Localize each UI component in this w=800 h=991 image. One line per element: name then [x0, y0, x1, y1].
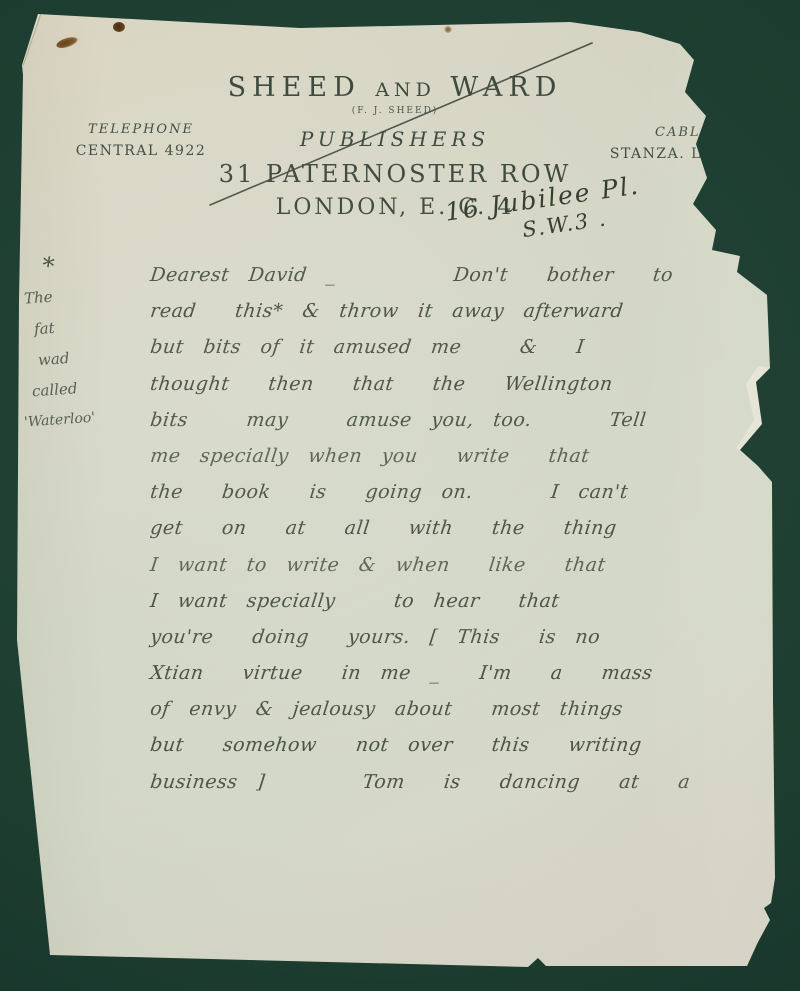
rust-spot: [55, 35, 79, 50]
telephone-block: TELEPHONE CENTRAL 4922: [66, 122, 216, 159]
letter-line: get on at all with the thing: [148, 511, 762, 547]
letter-line: Xtian virtue in me _ I'm a mass: [148, 656, 762, 692]
publisher-name-part: AND: [375, 79, 436, 101]
cables-label: CABLES: [574, 125, 800, 140]
letter-line: the book is going on. I can't: [148, 475, 762, 511]
letter-body: Dearest David _ Don't bother to read thi…: [148, 258, 758, 801]
letter-line: business ] Tom is dancing at a: [148, 765, 762, 801]
letter-line: I want to write & when like that: [148, 548, 762, 584]
publisher-name-part: WARD: [451, 72, 563, 103]
publisher-name: SHEED AND WARD: [145, 72, 645, 103]
cables-address: STANZA. LONDON: [574, 146, 800, 162]
letter-line: but bits of it amused me & I: [148, 330, 762, 366]
photo-background: SHEED AND WARD (F. J. SHEED) PUBLISHERS …: [0, 0, 800, 991]
telephone-number: CENTRAL 4922: [66, 143, 216, 159]
letter-line: bits may amuse you, too. Tell: [148, 403, 762, 439]
letter-line: read this* & throw it away afterward: [148, 294, 762, 330]
margin-note: * The fat wad called 'Waterloo': [24, 252, 128, 435]
publisher-role: PUBLISHERS: [145, 127, 645, 151]
letter-line: Dearest David _ Don't bother to: [148, 258, 762, 294]
rust-spot: [113, 22, 125, 32]
letter-line: me specially when you write that: [148, 439, 762, 475]
letter-line: of envy & jealousy about most things: [148, 692, 762, 728]
letter-line: you're doing yours. [ This is no: [148, 620, 762, 656]
asterisk-mark: *: [40, 251, 56, 280]
cables-block: CABLES STANZA. LONDON: [574, 125, 800, 162]
letter-line: but somehow not over this writing: [148, 728, 762, 764]
rust-spot: [444, 26, 452, 33]
folded-corner: [14, 12, 60, 74]
letter-line: I want specially to hear that: [148, 584, 762, 620]
telephone-label: TELEPHONE: [66, 122, 216, 137]
publisher-subname: (F. J. SHEED): [145, 106, 645, 116]
margin-note-word: 'Waterloo': [23, 400, 129, 438]
letter-sheet: SHEED AND WARD (F. J. SHEED) PUBLISHERS …: [14, 12, 778, 975]
letter-line: thought then that the Wellington: [148, 367, 762, 403]
publisher-name-part: SHEED: [228, 72, 361, 103]
